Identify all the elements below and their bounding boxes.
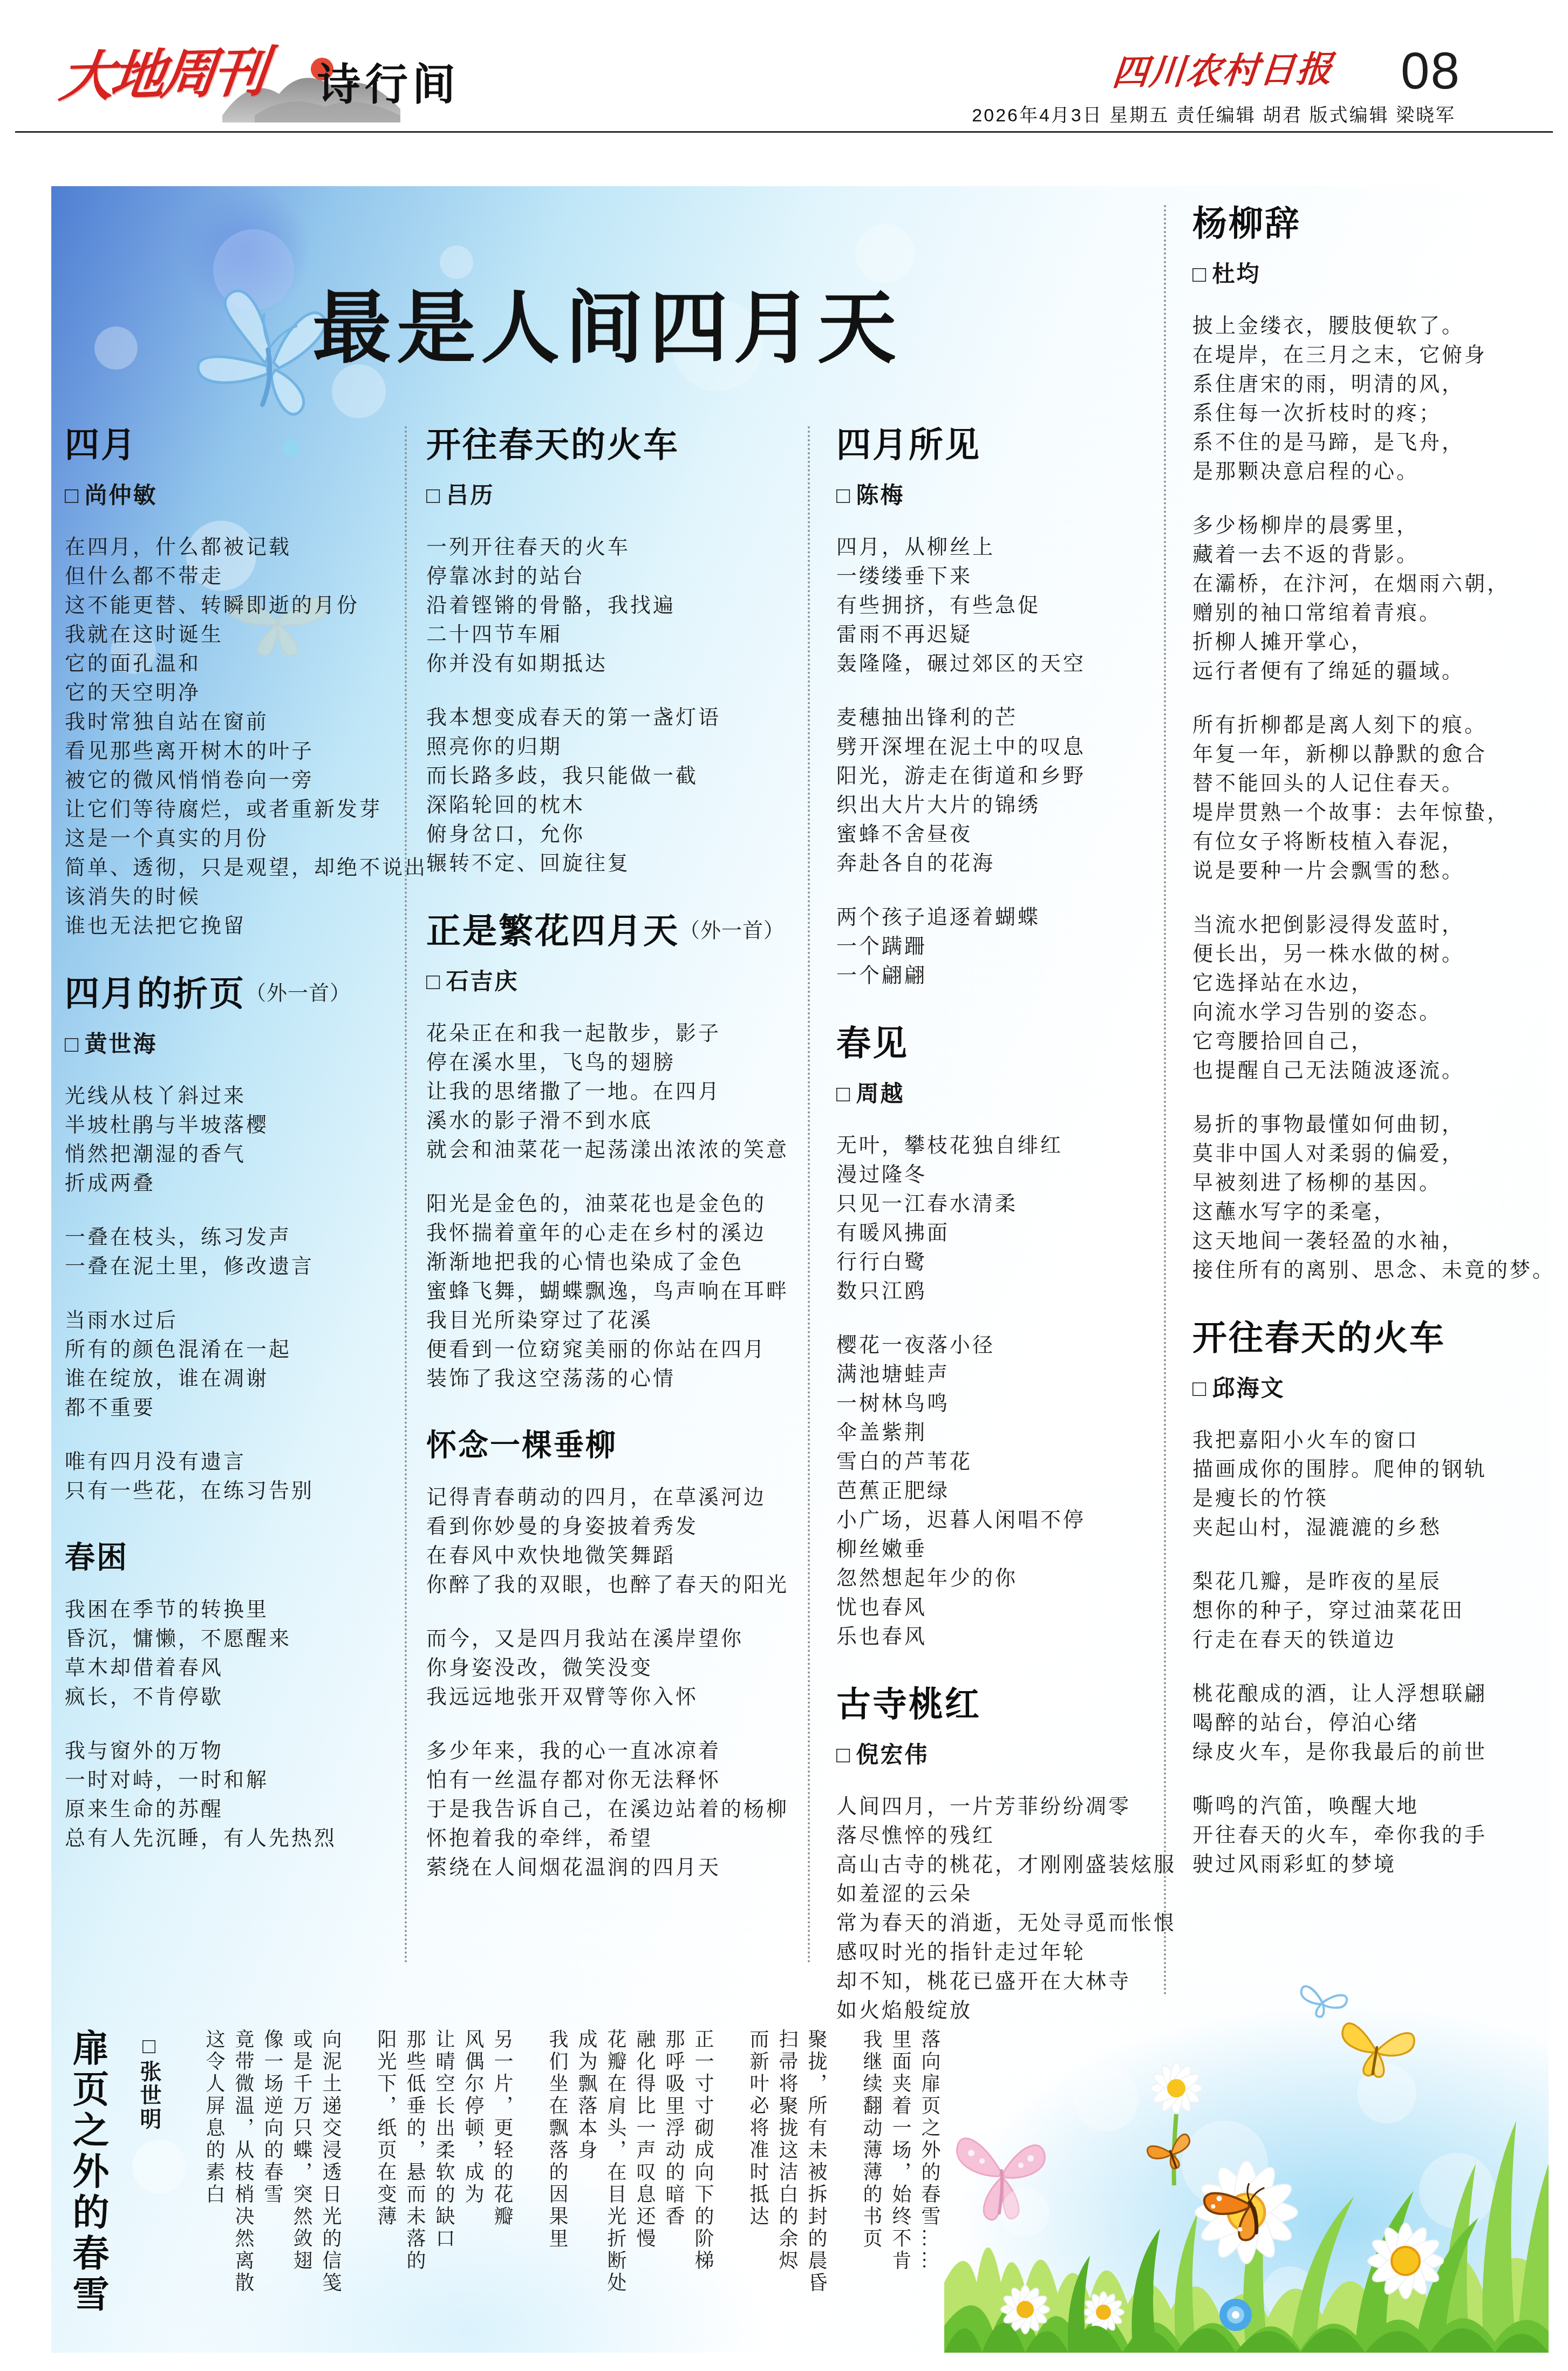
author-name: 杜均	[1212, 261, 1260, 287]
author-marker: □	[65, 482, 80, 508]
poem-line: 那些低垂的，悬而未落的	[400, 2029, 430, 2345]
page-main-title: 最是人间四月天	[51, 285, 1163, 372]
author-name: 周越	[856, 1081, 904, 1106]
stanza: 所有折柳都是离人刻下的痕。年复一年，新柳以静默的愈合替不能回头的人记住春天。堤岸…	[1192, 711, 1549, 885]
poem-line: 一叠在泥土里，修改遗言	[65, 1252, 367, 1281]
poem-line: 风偶尔停顿，成为	[459, 2029, 488, 2345]
bottom-poem-title: 扉页之外的春雪	[62, 2029, 113, 2345]
stanza: 光线从枝丫斜过来半坡杜鹃与半坡落樱悄然把潮湿的香气折成两叠	[65, 1081, 367, 1198]
poem-line: 赠别的袖口常绾着青痕。	[1192, 598, 1549, 628]
stanza: 披上金缕衣，腰肢便软了。在堤岸，在三月之末，它俯身系住唐宋的雨，明清的风，系住每…	[1192, 311, 1549, 486]
bottom-poem-author: □张世明	[129, 2034, 168, 2345]
poem: 杨柳辞□杜均披上金缕衣，腰肢便软了。在堤岸，在三月之末，它俯身系住唐宋的雨，明清…	[1192, 205, 1549, 1285]
newspaper-name: 四川农村日报	[1111, 52, 1334, 91]
poem-line: 四月，从柳丝上	[836, 533, 1174, 562]
stanza: 阳光下，纸页在变薄那些低垂的，悬而未落的让晴空长出柔软的缺口风偶尔停顿，成为另一…	[371, 2029, 517, 2345]
stanza: 我本想变成春天的第一盏灯语照亮你的归期而长路多歧，我只能做一截深陷轮回的枕木俯身…	[426, 703, 785, 878]
stanza: 而新叶必将准时抵达扫帚将聚拢这洁白的余烬聚拢，所有未被拆封的晨昏	[744, 2029, 831, 2345]
poem: 四月所见□陈梅四月，从柳丝上一缕缕垂下来有些拥挤，有些急促雷雨不再迟疑轰隆隆，碾…	[836, 426, 1174, 990]
stanza: 多少杨柳岸的晨雾里，藏着一去不返的背影。在灞桥，在汴河，在烟雨六朝，赠别的袖口常…	[1192, 511, 1549, 686]
poem-line: 像一场逆向的春雪	[258, 2029, 287, 2345]
poem-author: □吕历	[426, 478, 785, 510]
poem-column-3: 四月所见□陈梅四月，从柳丝上一缕缕垂下来有些拥挤，有些急促雷雨不再迟疑轰隆隆，碾…	[836, 426, 1174, 2060]
poem-line: 是瘦长的竹筷	[1192, 1484, 1549, 1513]
poem-line: 而长路多歧，我只能做一截	[426, 761, 785, 791]
poem-line: 喝醉的站台，停泊心绪	[1192, 1708, 1549, 1738]
author-name: 石吉庆	[446, 969, 519, 994]
poem-line: 让我的思绪撒了一地。在四月	[426, 1077, 785, 1106]
poem-line: 说是要种一片会飘雪的愁。	[1192, 856, 1549, 885]
poem-line: 织出大片大片的锦绣	[836, 791, 1174, 820]
author-marker: □	[836, 1081, 851, 1106]
poem-line: 记得青春萌动的四月，在草溪河边	[426, 1483, 785, 1512]
poetry-page-body: 最是人间四月天 四月□尚仲敏在四月，什么都被记载但什么都不带走这不能更替、转瞬即…	[51, 186, 1549, 2353]
stanza: 阳光是金色的，油菜花也是金色的我怀揣着童年的心走在乡村的溪边渐渐地把我的心情也染…	[426, 1189, 785, 1393]
poem-line: 我本想变成春天的第一盏灯语	[426, 703, 785, 732]
poem-line: 谁在绽放，谁在凋谢	[65, 1364, 367, 1393]
stanza: 桃花酿成的酒，让人浮想联翩喝醉的站台，停泊心绪绿皮火车，是你我最后的前世	[1192, 1679, 1549, 1767]
author-marker: □	[836, 1742, 851, 1767]
column-divider	[1164, 205, 1166, 1997]
poem-line: 嘶鸣的汽笛，唤醒大地	[1192, 1791, 1549, 1821]
poem-line: 夹起山村，湿漉漉的乡愁	[1192, 1513, 1549, 1542]
poem: 正是繁花四月天（外一首）□石吉庆花朵正在和我一起散步，影子停在溪水里，飞鸟的翅膀…	[426, 912, 785, 1882]
poem-subheading: 春困	[65, 1534, 367, 1577]
poem-line: 落向扉页之外的春雪……	[915, 2029, 944, 2345]
author-name: 黄世海	[84, 1031, 157, 1057]
poem-line: 你并没有如期抵达	[426, 649, 785, 678]
poem-title: 四月所见	[836, 426, 1174, 464]
poem-line: 或是千万只蝶，突然敛翅	[287, 2029, 316, 2345]
author-name: 倪宏伟	[856, 1742, 929, 1767]
poem-line: 二十四节车厢	[426, 620, 785, 649]
poem-line: 便长出，另一株水做的树。	[1192, 939, 1549, 969]
poem-line: 劈开深埋在泥土中的叹息	[836, 732, 1174, 761]
poem-line: 早被刻进了杨柳的基因。	[1192, 1168, 1549, 1197]
poem-author: □尚仲敏	[65, 478, 367, 510]
date-editor-line: 2026年4月3日 星期五 责任编辑 胡君 版式编辑 梁晓军	[972, 105, 1456, 127]
poem-line: 有位女子将断枝植入春泥，	[1192, 827, 1549, 856]
poem-line: 开往春天的火车，牵你我的手	[1192, 1821, 1549, 1850]
poem-line: 一时对峙，一时和解	[65, 1766, 367, 1795]
poem-line: 满池塘蛙声	[836, 1360, 1174, 1389]
poem-line: 柳丝嫩垂	[836, 1535, 1174, 1564]
poem-line: 系住唐宋的雨，明清的风，	[1192, 370, 1549, 399]
poem-author: □黄世海	[65, 1026, 367, 1059]
meadow-illustration	[944, 1959, 1549, 2353]
author-name: 邱海文	[1212, 1375, 1285, 1401]
poem-line: 忽然想起年少的你	[836, 1564, 1174, 1593]
poem-line: 我们坐在飘落的因果里	[543, 2029, 572, 2345]
poem-title: 开往春天的火车	[426, 426, 785, 464]
author-name: 尚仲敏	[84, 482, 157, 508]
poem-line: 数只江鸥	[836, 1277, 1174, 1306]
poem-line: 易折的事物最懂如何曲韧，	[1192, 1110, 1549, 1139]
poem-column-4: 杨柳辞□杜均披上金缕衣，腰肢便软了。在堤岸，在三月之末，它俯身系住唐宋的雨，明清…	[1192, 205, 1549, 1913]
poem-line: 那呼吸里浮动的暗香	[659, 2029, 688, 2345]
poem-line: 让晴空长出柔软的缺口	[430, 2029, 459, 2345]
poem-line: 替不能回头的人记住春天。	[1192, 769, 1549, 798]
author-name: 张世明	[137, 2060, 161, 2131]
stanza: 当雨水过后所有的颜色混淆在一起谁在绽放，谁在凋谢都不重要	[65, 1306, 367, 1422]
poem-line: 你身姿没改，微笑没变	[426, 1653, 785, 1682]
poem-line: 莫非中国人对柔弱的偏爱，	[1192, 1139, 1549, 1168]
poem-line: 系住每一次折枝时的疼；	[1192, 399, 1549, 428]
poem-line: 堤岸贯熟一个故事：去年惊蛰，	[1192, 798, 1549, 827]
poem-line: 谁也无法把它挽留	[65, 911, 367, 941]
poem-line: 聚拢，所有未被拆封的晨昏	[802, 2029, 831, 2345]
poem: 春见□周越无叶，攀枝花独自绯红漫过隆冬只见一江春水清柔有暖风拂面行行白鹭数只江鸥…	[836, 1025, 1174, 1651]
poem-line: 一个蹒跚	[836, 932, 1174, 961]
poem-line: 行走在春天的铁道边	[1192, 1625, 1549, 1654]
poem-line: 折柳人摊开掌心，	[1192, 628, 1549, 657]
poem-line: 有些拥挤，有些急促	[836, 591, 1174, 620]
author-marker: □	[137, 2034, 161, 2060]
poem-author: □杜均	[1192, 256, 1549, 289]
poem-title: 古寺桃红	[836, 1686, 1174, 1723]
poem-line: 简单、透彻，只是观望，却绝不说出	[65, 853, 367, 882]
small-blue-butterfly-icon	[1296, 1985, 1348, 2022]
poem-line: 这蘸水写字的柔毫，	[1192, 1197, 1549, 1227]
stanza: 我继续翻动薄薄的书页里面夹着一场，始终不肯落向扉页之外的春雪……	[857, 2029, 944, 2345]
stanza: 多少年来，我的心一直冰凉着怕有一丝温存都对你无法释怀于是我告诉自己，在溪边站着的…	[426, 1736, 785, 1882]
poem-line: 当流水把倒影浸得发蓝时，	[1192, 910, 1549, 939]
masthead-rule	[15, 131, 1553, 133]
poem-author: □陈梅	[836, 478, 1174, 510]
poem-line: 在春风中欢快地微笑舞蹈	[426, 1541, 785, 1570]
author-marker: □	[1192, 261, 1208, 287]
poem-line: 向泥土递交浸透日光的信笺	[316, 2029, 345, 2345]
poem-line: 怀抱着我的牵绊，希望	[426, 1824, 785, 1853]
author-marker: □	[426, 969, 441, 994]
poem-line: 原来生命的苏醒	[65, 1795, 367, 1824]
poem-line: 它弯腰拾回自己，	[1192, 1027, 1549, 1056]
poem-line: 轰隆隆，碾过郊区的天空	[836, 649, 1174, 678]
author-marker: □	[1192, 1375, 1208, 1401]
poem-line: 一列开往春天的火车	[426, 533, 785, 562]
poem-line: 忧也春风	[836, 1593, 1174, 1622]
poem-line: 深陷轮回的枕木	[426, 791, 785, 820]
poem-line: 阳光，游走在街道和乡野	[836, 761, 1174, 791]
poem-line: 在四月，什么都被记载	[65, 533, 367, 562]
poem-line: 便看到一位窈窕美丽的你站在四月	[426, 1335, 785, 1364]
bokeh-circle	[855, 224, 915, 283]
poem-line: 溪水的影子滑不到水底	[426, 1106, 785, 1135]
poem-line: 而今，又是四月我站在溪岸望你	[426, 1624, 785, 1653]
bottom-poem: 扉页之外的春雪 □张世明 这令人屏息的素白竟带微温，从枝梢决然离散像一场逆向的春…	[62, 2029, 1039, 2345]
stanza: 梨花几瓣，是昨夜的星辰想你的种子，穿过油菜花田行走在春天的铁道边	[1192, 1567, 1549, 1654]
stanza: 一列开往春天的火车停靠冰封的站台沿着铿锵的骨骼，我找遍二十四节车厢你并没有如期抵…	[426, 533, 785, 678]
poem-subheading: 怀念一棵垂柳	[426, 1421, 785, 1464]
poem-line: 花朵正在和我一起散步，影子	[426, 1019, 785, 1048]
poem-line: 我继续翻动薄薄的书页	[857, 2029, 886, 2345]
poem-line: 疯长，不肯停歇	[65, 1682, 367, 1712]
poem-line: 所有的颜色混淆在一起	[65, 1335, 367, 1364]
poem-line: 萦绕在人间烟花温润的四月天	[426, 1853, 785, 1882]
poem-line: 高山古寺的桃花，才刚刚盛装炫服	[836, 1850, 1174, 1879]
poem-line: 当雨水过后	[65, 1306, 367, 1335]
poem-line: 阳光下，纸页在变薄	[371, 2029, 400, 2345]
poem-line: 只见一江春水清柔	[836, 1189, 1174, 1218]
poem-line: 我目光所染穿过了花溪	[426, 1306, 785, 1335]
poem-line: 看见那些离开树木的叶子	[65, 737, 367, 766]
poem-line: 所有折柳都是离人刻下的痕。	[1192, 711, 1549, 740]
poem-line: 沿着铿锵的骨骼，我找遍	[426, 591, 785, 620]
column-divider	[808, 426, 810, 1964]
poem-line: 想你的种子，穿过油菜花田	[1192, 1596, 1549, 1625]
poem-author: □邱海文	[1192, 1371, 1549, 1403]
poem-title: 杨柳辞	[1192, 205, 1549, 242]
poem-line: 照亮你的归期	[426, 732, 785, 761]
poem-line: 正一寸寸砌成向下的阶梯	[688, 2029, 718, 2345]
poem: 开往春天的火车□邱海文我把嘉阳小火车的窗口描画成你的围脖。爬伸的钢轨是瘦长的竹筷…	[1192, 1319, 1549, 1879]
poem-line: 这令人屏息的素白	[200, 2029, 229, 2345]
poem-line: 你醉了我的双眼，也醉了春天的阳光	[426, 1570, 785, 1599]
poem-line: 伞盖紫荆	[836, 1418, 1174, 1447]
poem-line: 麦穗抽出锋利的芒	[836, 703, 1174, 732]
poem-line: 辗转不定、回旋往复	[426, 849, 785, 878]
stanza: 当流水把倒影浸得发蓝时，便长出，另一株水做的树。它选择站在水边，向流水学习告别的…	[1192, 910, 1549, 1085]
poem-line: 装饰了我这空荡荡的心情	[426, 1364, 785, 1393]
poem-line: 一树林鸟鸣	[836, 1389, 1174, 1418]
poem-line: 竟带微温，从枝梢决然离散	[229, 2029, 258, 2345]
poem-line: 这不能更替、转瞬即逝的月份	[65, 591, 367, 620]
poem-line: 蜜蜂不舍昼夜	[836, 820, 1174, 849]
poem-line: 融化得比一声叹息还慢	[630, 2029, 659, 2345]
stanza: 麦穗抽出锋利的芒劈开深埋在泥土中的叹息阳光，游走在街道和乡野织出大片大片的锦绣蜜…	[836, 703, 1174, 878]
poem-line: 该消失的时候	[65, 882, 367, 911]
poem-title: 四月	[65, 426, 367, 464]
stanza: 我们坐在飘落的因果里成为飘落本身花瓣在肩头，在目光折断处融化得比一声叹息还慢那呼…	[543, 2029, 718, 2345]
poem-line: 两个孩子追逐着蝴蝶	[836, 903, 1174, 932]
stanza: 唯有四月没有遗言只有一些花，在练习告别	[65, 1447, 367, 1505]
poem-line: 我远远地张开双臂等你入怀	[426, 1682, 785, 1712]
poem-line: 藏着一去不返的背影。	[1192, 540, 1549, 569]
author-marker: □	[426, 482, 441, 508]
poem-line: 我时常独自站在窗前	[65, 707, 367, 737]
poem-line: 常为春天的消逝，无处寻觅而怅恨	[836, 1909, 1174, 1938]
poem-line: 桃花酿成的酒，让人浮想联翩	[1192, 1679, 1549, 1708]
poem-line: 看到你妙曼的身姿披着秀发	[426, 1512, 785, 1541]
weekly-logo-text: 大地周刊	[57, 46, 267, 105]
poem-line: 但什么都不带走	[65, 562, 367, 591]
poem-line: 一叠在枝头，练习发声	[65, 1223, 367, 1252]
page-number: 08	[1401, 45, 1461, 97]
poem-line: 是那颗决意启程的心。	[1192, 457, 1549, 486]
stanza: 嘶鸣的汽笛，唤醒大地开往春天的火车，牵你我的手驶过风雨彩虹的梦境	[1192, 1791, 1549, 1879]
poem-line: 一个翩翩	[836, 961, 1174, 990]
poem-line: 停靠冰封的站台	[426, 562, 785, 591]
poem: 四月的折页（外一首）□黄世海光线从枝丫斜过来半坡杜鹃与半坡落樱悄然把潮湿的香气折…	[65, 975, 367, 1853]
stanza: 而今，又是四月我站在溪岸望你你身姿没改，微笑没变我远远地张开双臂等你入怀	[426, 1624, 785, 1712]
poem-line: 半坡杜鹃与半坡落樱	[65, 1110, 367, 1140]
poem-line: 折成两叠	[65, 1169, 367, 1198]
poem: 四月□尚仲敏在四月，什么都被记载但什么都不带走这不能更替、转瞬即逝的月份我就在这…	[65, 426, 367, 941]
poem-line: 如羞涩的云朵	[836, 1879, 1174, 1909]
stanza: 无叶，攀枝花独自绯红漫过隆冬只见一江春水清柔有暖风拂面行行白鹭数只江鸥	[836, 1131, 1174, 1306]
poem-line: 被它的微风悄悄卷向一旁	[65, 766, 367, 795]
poem-line: 而新叶必将准时抵达	[744, 2029, 773, 2345]
poem-line: 于是我告诉自己，在溪边站着的杨柳	[426, 1795, 785, 1824]
bokeh-circle	[440, 246, 473, 279]
poem-column-1: 四月□尚仲敏在四月，什么都被记载但什么都不带走这不能更替、转瞬即逝的月份我就在这…	[65, 426, 367, 1888]
poem-line: 多少杨柳岸的晨雾里，	[1192, 511, 1549, 540]
poem-line: 芭蕉正肥绿	[836, 1476, 1174, 1505]
poem-line: 让它们等待腐烂，或者重新发芽	[65, 795, 367, 824]
poem-author: □周越	[836, 1076, 1174, 1108]
poem-line: 乐也春风	[836, 1622, 1174, 1651]
stanza: 我困在季节的转换里昏沉，慵懒，不愿醒来草木却借着春风疯长，不肯停歇	[65, 1595, 367, 1712]
poem-line: 它选择站在水边，	[1192, 969, 1549, 998]
poem-line: 雪白的芦苇花	[836, 1447, 1174, 1476]
poem-line: 有暖风拂面	[836, 1218, 1174, 1248]
section-name: 诗行间	[317, 64, 460, 107]
poem-line: 我怀揣着童年的心走在乡村的溪边	[426, 1218, 785, 1248]
poem-line: 另一片，更轻的花瓣	[488, 2029, 517, 2345]
stanza: 两个孩子追逐着蝴蝶一个蹒跚一个翩翩	[836, 903, 1174, 990]
stanza: 花朵正在和我一起散步，影子停在溪水里，飞鸟的翅膀让我的思绪撒了一地。在四月溪水的…	[426, 1019, 785, 1164]
poem-author: □倪宏伟	[836, 1737, 1174, 1769]
stanza: 我把嘉阳小火车的窗口描画成你的围脖。爬伸的钢轨是瘦长的竹筷夹起山村，湿漉漉的乡愁	[1192, 1426, 1549, 1542]
poem-author: □石吉庆	[426, 964, 785, 996]
poem-line: 漫过隆冬	[836, 1160, 1174, 1189]
stanza: 记得青春萌动的四月，在草溪河边看到你妙曼的身姿披着秀发在春风中欢快地微笑舞蹈你醉…	[426, 1483, 785, 1599]
author-marker: □	[65, 1031, 80, 1057]
poem-line: 悄然把潮湿的香气	[65, 1140, 367, 1169]
stanza: 四月，从柳丝上一缕缕垂下来有些拥挤，有些急促雷雨不再迟疑轰隆隆，碾过郊区的天空	[836, 533, 1174, 678]
poem-line: 远行者便有了绵延的疆域。	[1192, 657, 1549, 686]
poem-column-2: 开往春天的火车□吕历一列开往春天的火车停靠冰封的站台沿着铿锵的骨骼，我找遍二十四…	[426, 426, 785, 1917]
poem-title-suffix: （外一首）	[246, 982, 351, 1005]
poem-line: 梨花几瓣，是昨夜的星辰	[1192, 1567, 1549, 1596]
poem-line: 我把嘉阳小火车的窗口	[1192, 1426, 1549, 1455]
stanza: 一叠在枝头，练习发声一叠在泥土里，修改遗言	[65, 1223, 367, 1281]
poem-line: 草木却借着春风	[65, 1653, 367, 1682]
poem-line: 向流水学习告别的姿态。	[1192, 998, 1549, 1027]
poem-line: 它的面孔温和	[65, 649, 367, 678]
poem-line: 樱花一夜落小径	[836, 1331, 1174, 1360]
column-divider	[405, 426, 407, 1964]
author-marker: □	[836, 482, 851, 508]
poem-title: 正是繁花四月天（外一首）	[426, 912, 785, 950]
poem-line: 渐渐地把我的心情也染成了金色	[426, 1248, 785, 1277]
poem-line: 昏沉，慵懒，不愿醒来	[65, 1624, 367, 1653]
poem-line: 我与窗外的万物	[65, 1736, 367, 1766]
poem-line: 年复一年，新柳以静默的愈合	[1192, 740, 1549, 769]
poem-line: 系不住的是马蹄，是飞舟，	[1192, 428, 1549, 457]
poem-line: 总有人先沉睡，有人先热烈	[65, 1824, 367, 1853]
poem-line: 多少年来，我的心一直冰凉着	[426, 1736, 785, 1766]
poem-line: 在灞桥，在汴河，在烟雨六朝，	[1192, 569, 1549, 598]
poem-line: 就会和油菜花一起荡漾出浓浓的笑意	[426, 1135, 785, 1164]
stanza: 易折的事物最懂如何曲韧，莫非中国人对柔弱的偏爱，早被刻进了杨柳的基因。这蘸水写字…	[1192, 1110, 1549, 1285]
stanza: 樱花一夜落小径满池塘蛙声一树林鸟鸣伞盖紫荆雪白的芦苇花芭蕉正肥绿小广场，迟暮人闲…	[836, 1331, 1174, 1651]
poem-line: 落尽憔悴的残红	[836, 1821, 1174, 1850]
poem-title-suffix: （外一首）	[679, 919, 785, 942]
poem-line: 我就在这时诞生	[65, 620, 367, 649]
poem-line: 只有一些花，在练习告别	[65, 1476, 367, 1505]
stanza: 在四月，什么都被记载但什么都不带走这不能更替、转瞬即逝的月份我就在这时诞生它的面…	[65, 533, 367, 941]
poem-line: 俯身岔口，允你	[426, 820, 785, 849]
poem-title: 开往春天的火车	[1192, 1319, 1549, 1357]
poem-line: 我困在季节的转换里	[65, 1595, 367, 1624]
poem-line: 一缕缕垂下来	[836, 562, 1174, 591]
poem-line: 人间四月，一片芳菲纷纷凋零	[836, 1792, 1174, 1821]
poem-line: 在堤岸，在三月之末，它俯身	[1192, 340, 1549, 370]
poem-line: 成为飘落本身	[572, 2029, 601, 2345]
poem-title: 四月的折页（外一首）	[65, 975, 367, 1012]
stanza: 我与窗外的万物一时对峙，一时和解原来生命的苏醒总有人先沉睡，有人先热烈	[65, 1736, 367, 1853]
poem-line: 花瓣在肩头，在目光折断处	[601, 2029, 630, 2345]
poem-title: 春见	[836, 1025, 1174, 1062]
poem-line: 披上金缕衣，腰肢便软了。	[1192, 311, 1549, 340]
poem-line: 阳光是金色的，油菜花也是金色的	[426, 1189, 785, 1218]
poem-line: 唯有四月没有遗言	[65, 1447, 367, 1476]
poem-line: 绿皮火车，是你我最后的前世	[1192, 1738, 1549, 1767]
poem-line: 扫帚将聚拢这洁白的余烬	[773, 2029, 802, 2345]
poem-line: 这是一个真实的月份	[65, 824, 367, 853]
masthead: 大地周刊 诗行间 四川农村日报 08 2026年4月3日 星期五 责任编辑 胡君…	[0, 0, 1568, 135]
poem-line: 里面夹着一场，始终不肯	[886, 2029, 915, 2345]
poem-line: 光线从枝丫斜过来	[65, 1081, 367, 1110]
stanza: 这令人屏息的素白竟带微温，从枝梢决然离散像一场逆向的春雪或是千万只蝶，突然敛翅向…	[200, 2029, 345, 2345]
poem-line: 行行白鹭	[836, 1248, 1174, 1277]
author-name: 吕历	[446, 482, 494, 508]
poem: 开往春天的火车□吕历一列开往春天的火车停靠冰封的站台沿着铿锵的骨骼，我找遍二十四…	[426, 426, 785, 878]
poem-line: 接住所有的离别、思念、未竟的梦。	[1192, 1256, 1549, 1285]
poem-line: 怕有一丝温存都对你无法释怀	[426, 1766, 785, 1795]
poem-line: 这天地间一袭轻盈的水袖，	[1192, 1227, 1549, 1256]
poem-line: 也提醒自己无法随波逐流。	[1192, 1056, 1549, 1085]
poem-line: 停在溪水里，飞鸟的翅膀	[426, 1048, 785, 1077]
poem-line: 奔赴各自的花海	[836, 849, 1174, 878]
poem-line: 它的天空明净	[65, 678, 367, 707]
poem-line: 小广场，迟暮人闲唱不停	[836, 1505, 1174, 1535]
poem-line: 描画成你的围脖。爬伸的钢轨	[1192, 1455, 1549, 1484]
poem-line: 无叶，攀枝花独自绯红	[836, 1131, 1174, 1160]
poem-line: 驶过风雨彩虹的梦境	[1192, 1850, 1549, 1879]
poem-line: 都不重要	[65, 1393, 367, 1422]
author-name: 陈梅	[856, 482, 904, 508]
poem-line: 蜜蜂飞舞，蝴蝶飘逸，鸟声响在耳畔	[426, 1277, 785, 1306]
poem-line: 雷雨不再迟疑	[836, 620, 1174, 649]
